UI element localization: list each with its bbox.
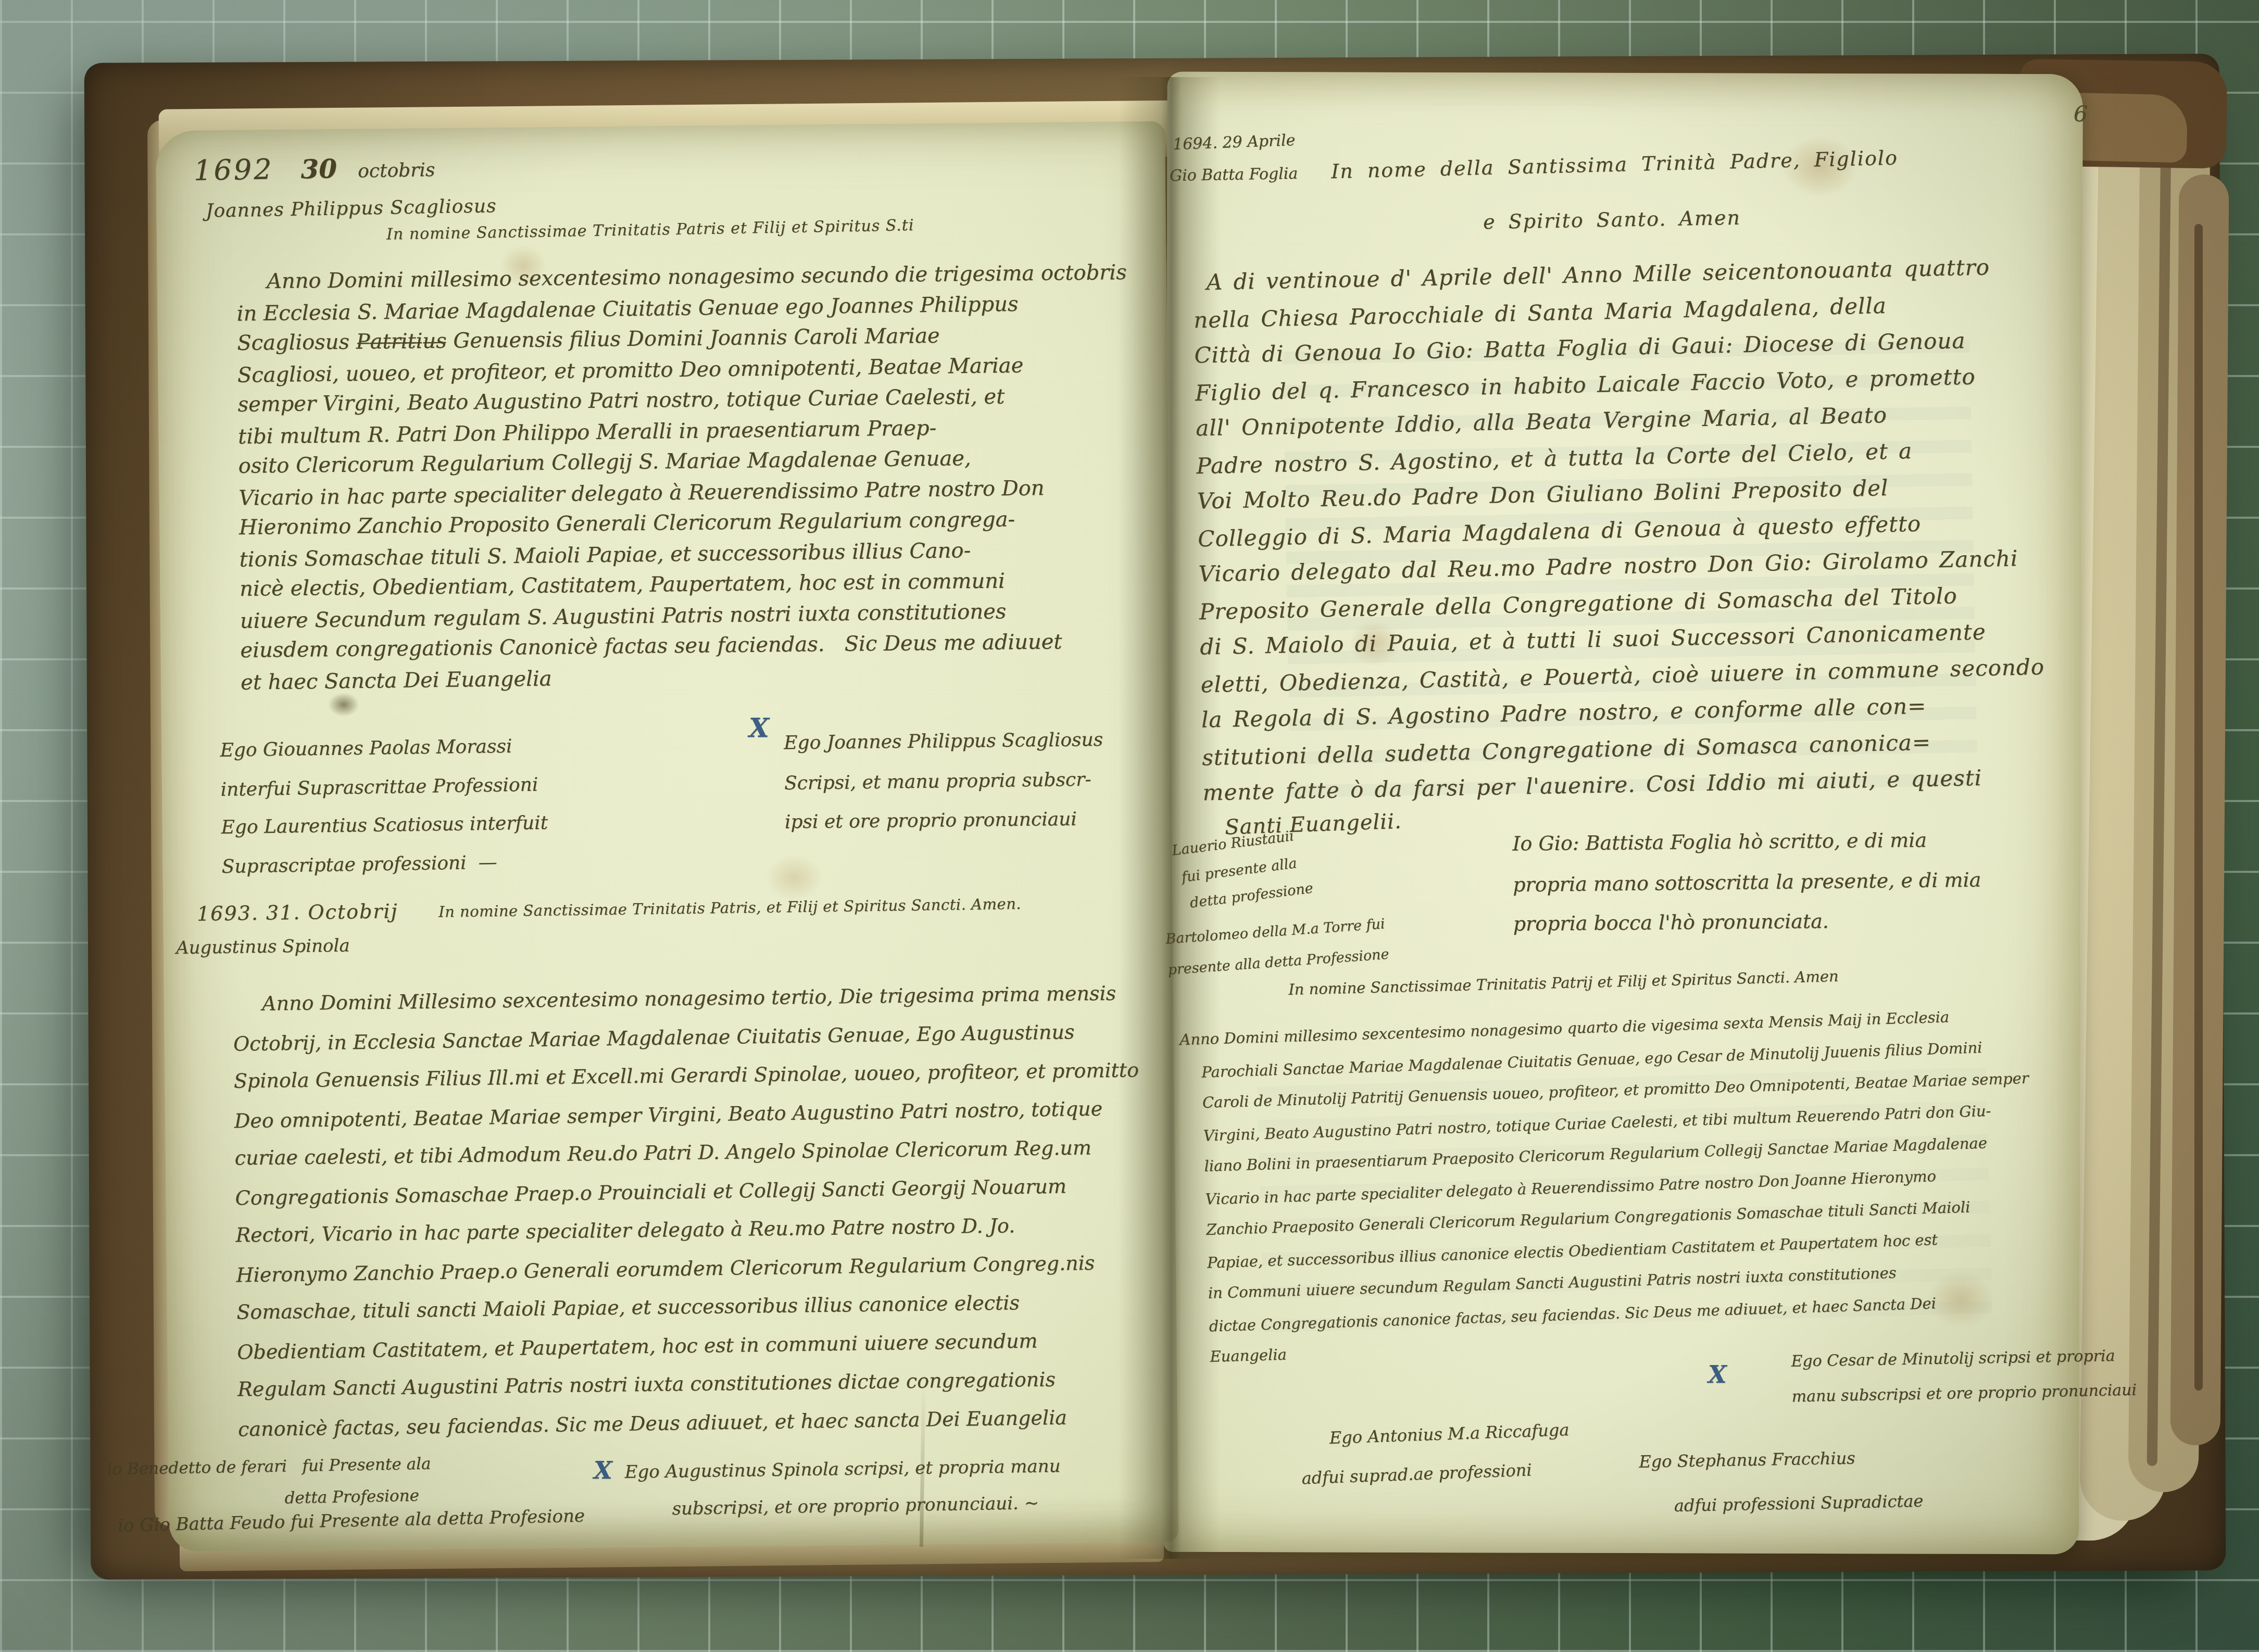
entry-1692-witness-signatures: Ego Giouannes Paolas Morassiinterfui Sup… xyxy=(220,727,549,886)
handwritten-line: io Benedetto de ferari fui Presente ala xyxy=(107,1448,431,1485)
entry-1694-profession-text-italian: A di ventinoue d' Aprile dell' Anno Mill… xyxy=(1193,248,2047,811)
entry-1693-witness-note: io Benedetto de ferari fui Presente alad… xyxy=(107,1448,432,1517)
handwritten-line: Ego Joannes Philippus Scagliosus xyxy=(784,720,1103,763)
entry-1694-latin-autograph: Ego Cesar de Minutolij scripsi et propri… xyxy=(1791,1338,2137,1413)
handwritten-line: ipsi et ore proprio pronunciaui xyxy=(784,799,1104,842)
handwritten-line: Suprascriptae professioni — xyxy=(221,843,549,886)
handwritten-line: adfui professioni Supradictae xyxy=(1674,1479,1924,1528)
entry-1692-profession-text: Anno Domini millesimo sexcentesimo nonag… xyxy=(236,257,1131,697)
handwritten-line: Ego Laurentius Scatiosus interfuit xyxy=(221,804,548,847)
notary-cross-mark: X xyxy=(749,712,769,743)
entry-1693-profession-text: Anno Domini Millesimo sexcentesimo nonag… xyxy=(233,973,1144,1447)
handwritten-line: Scripsi, et manu propria subscr- xyxy=(784,760,1104,804)
handwritten-line: interfui Suprascrittae Professioni xyxy=(220,766,548,809)
entry-1693-autograph: Ego Augustinus Spinola scripsi, et propr… xyxy=(624,1448,1061,1527)
handwritten-line: manu subscripsi et ore proprio pronuncia… xyxy=(1791,1373,2137,1415)
entry-1694-invocation-line2: e Spirito Santo. Amen xyxy=(1483,206,1741,234)
entry-1692-year: 1692 xyxy=(193,153,274,187)
entry-1692-date-heading: 169230octobris xyxy=(193,150,435,187)
entry-1694-latin-witness2: Ego Stephanus Fracchiusadfui professioni… xyxy=(1639,1435,1924,1527)
entry-1692-month: octobris xyxy=(358,159,435,182)
entry-1694-latin-witness1: Ego Antonius M.a Riccafugaadfui suprad.a… xyxy=(1329,1410,1572,1496)
handwritten-line: Ego Cesar de Minutolij scripsi et propri… xyxy=(1791,1338,2137,1379)
entry-1694-profession-text-latin: Anno Domini millesimo sexcentesimo nonag… xyxy=(1179,999,2036,1373)
handwritten-line: Io Gio: Battista Foglia hò scritto, e di… xyxy=(1512,820,1981,864)
entry-1694-autograph: Io Gio: Battista Foglia hò scritto, e di… xyxy=(1512,820,1981,944)
handwritten-line: propria mano sottoscritta la presente, e… xyxy=(1513,860,1981,905)
notary-cross-mark: X xyxy=(1708,1360,1727,1388)
handwritten-line: propria bocca l'hò pronunciata. xyxy=(1513,900,1981,944)
manuscript-photograph: 169230octobris Joannes Philippus Scaglio… xyxy=(0,0,2259,1652)
handwritten-line: subscripsi, et ore proprio pronunciaui. … xyxy=(672,1484,1061,1527)
notary-cross-mark: X xyxy=(594,1456,612,1484)
handwritten-line: Ego Augustinus Spinola scripsi, et propr… xyxy=(624,1448,1061,1491)
entry-1692-autograph: Ego Joannes Philippus ScagliosusScripsi,… xyxy=(784,720,1104,842)
folio-number: 6 xyxy=(2073,101,2088,127)
entry-1693-date-heading: 1693. 31. Octobrij xyxy=(197,899,398,925)
entry-1694-margin-name: Gio Batta Foglia xyxy=(1170,165,1298,185)
handwritten-line: Ego Giouannes Paolas Morassi xyxy=(220,727,547,770)
entry-1694-witness1: Lauerio Riustauiifui presente alladetta … xyxy=(1170,821,1314,919)
damage-streak-2 xyxy=(2194,224,2203,1391)
handwritten-line: Ego Stephanus Fracchius xyxy=(1639,1435,1923,1483)
entry-1693-professed-name: Augustinus Spinola xyxy=(176,935,350,959)
entry-1692-day: 30 xyxy=(300,153,337,184)
